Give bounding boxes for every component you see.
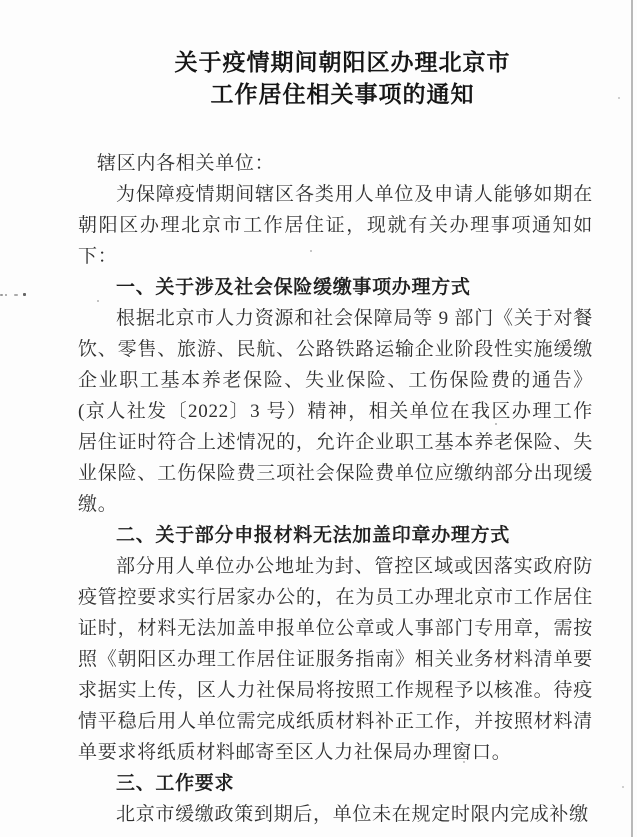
- document-title-line-1: 关于疫情期间朝阳区办理北京市: [92, 47, 593, 79]
- section-2-heading: 二、关于部分申报材料无法加盖印章办理方式: [78, 520, 593, 551]
- document-title: 关于疫情期间朝阳区办理北京市 工作居住相关事项的通知: [92, 47, 593, 111]
- notice-document: 关于疫情期间朝阳区办理北京市 工作居住相关事项的通知 辖区内各相关单位： 为保障…: [78, 47, 593, 830]
- scan-speck: [23, 293, 26, 296]
- document-body: 辖区内各相关单位： 为保障疫情期间辖区各类用人单位及申请人能够如期在朝阳区办理北…: [78, 148, 593, 830]
- document-page: 关于疫情期间朝阳区办理北京市 工作居住相关事项的通知 辖区内各相关单位： 为保障…: [0, 0, 637, 837]
- scan-speck: [0, 294, 3, 296]
- scan-speck: [618, 97, 620, 99]
- scan-speck: [622, 786, 624, 788]
- section-2-paragraph: 部分用人单位办公地址为封、管控区域或因落实政府防疫管控要求实行居家办公的，在为员…: [78, 551, 593, 768]
- section-1-paragraph: 根据北京市人力资源和社会保障局等 9 部门《关于对餐饮、零售、旅游、民航、公路铁…: [78, 303, 593, 520]
- scan-speck: [14, 294, 18, 296]
- scan-edge-line: [631, 0, 633, 837]
- scan-speck: [5, 294, 7, 296]
- document-title-line-2: 工作居住相关事项的通知: [92, 79, 593, 111]
- salutation: 辖区内各相关单位：: [78, 148, 593, 179]
- intro-paragraph: 为保障疫情期间辖区各类用人单位及申请人能够如期在朝阳区办理北京市工作居住证，现就…: [78, 179, 593, 272]
- section-3-heading: 三、工作要求: [78, 768, 593, 799]
- section-3-paragraph: 北京市缓缴政策到期后，单位未在规定时限内完成补缴: [78, 799, 593, 830]
- section-1-heading: 一、关于涉及社会保险缓缴事项办理方式: [78, 272, 593, 303]
